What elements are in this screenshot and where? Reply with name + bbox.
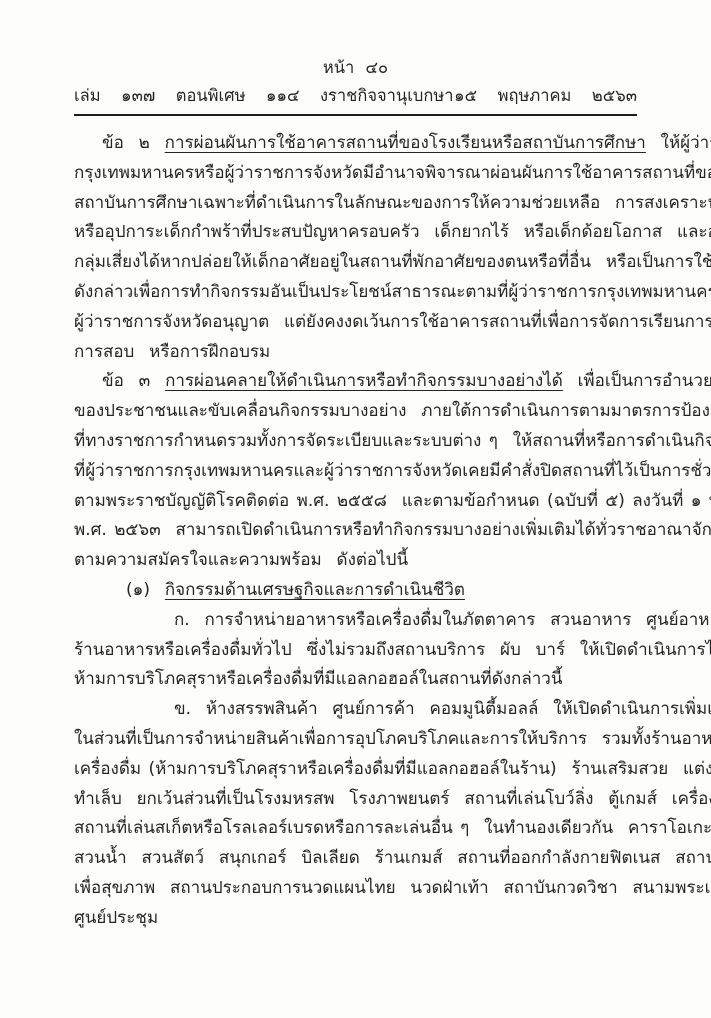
- sub-item-b-text: ข. ห้างสรรพสินค้า ศูนย์การค้า คอมมูนิตี้…: [174, 699, 711, 719]
- sub-item-b-line-8: ศูนย์ประชุม: [74, 904, 637, 934]
- clause-2-text: กลุ่มเสี่ยงได้หากปล่อยให้เด็กอาศัยอยู่ใน…: [74, 252, 711, 272]
- sub-item-b-text: เพื่อสุขภาพ สถานประกอบการนวดแผนไทย นวดฝ่…: [74, 878, 711, 898]
- clause-2-paragraph: ข้อ ๒ การผ่อนผันการใช้อาคารสถานที่ของโรง…: [74, 129, 637, 367]
- page-number-label: หน้า ๔๐: [74, 56, 637, 80]
- sub-item-b-text: สวนน้ำ สวนสัตว์ สนุกเกอร์ บิลเลียด ร้านเ…: [74, 848, 711, 868]
- clause-3-text: ตามพระราชบัญญัติโรคติดต่อ พ.ศ. ๒๕๕๘ และต…: [74, 491, 711, 511]
- clause-2-line-1: ข้อ ๒ การผ่อนผันการใช้อาคารสถานที่ของโรง…: [74, 129, 637, 159]
- clause-2-text: หรืออุปการะเด็กกำพร้าที่ประสบปัญหาครอบคร…: [74, 222, 711, 242]
- clause-2-line-3: สถาบันการศึกษาเฉพาะที่ดำเนินการในลักษณะข…: [74, 189, 637, 219]
- clause-3-underlined-heading: การผ่อนคลายให้ดำเนินการหรือทำกิจกรรมบางอ…: [165, 371, 563, 391]
- clause-3-text: ที่ผู้ว่าราชการกรุงเทพมหานครและผู้ว่าราช…: [74, 461, 711, 481]
- sub-item-a-text: ร้านอาหารหรือเครื่องดื่มทั่วไป ซึ่งไม่รว…: [74, 640, 711, 660]
- clause-3-text: เพื่อเป็นการอำนวยความสะดวก: [563, 371, 711, 391]
- page-header: หน้า ๔๐ เล่ม ๑๓๗ ตอนพิเศษ ๑๑๔ ง ราชกิจจา…: [0, 0, 711, 116]
- clause-2-text: สถาบันการศึกษาเฉพาะที่ดำเนินการในลักษณะข…: [74, 193, 711, 213]
- clause-2-line-2: กรุงเทพมหานครหรือผู้ว่าราชการจังหวัดมีอำ…: [74, 159, 637, 189]
- sub-item-a-paragraph: ก. การจำหน่ายอาหารหรือเครื่องดื่มในภัตตา…: [74, 606, 637, 695]
- item-1-text: (๑): [126, 580, 165, 600]
- clause-2-text: กรุงเทพมหานครหรือผู้ว่าราชการจังหวัดมีอำ…: [74, 163, 711, 183]
- sub-item-b-paragraph: ข. ห้างสรรพสินค้า ศูนย์การค้า คอมมูนิตี้…: [74, 695, 637, 933]
- item-1-paragraph: (๑) กิจกรรมด้านเศรษฐกิจและการดำเนินชีวิต: [74, 576, 637, 606]
- clause-2-line-4: หรืออุปการะเด็กกำพร้าที่ประสบปัญหาครอบคร…: [74, 218, 637, 248]
- clause-3-line-4: ที่ผู้ว่าราชการกรุงเทพมหานครและผู้ว่าราช…: [74, 457, 637, 487]
- sub-item-a-line-1: ก. การจำหน่ายอาหารหรือเครื่องดื่มในภัตตา…: [74, 606, 637, 636]
- clause-3-line-1: ข้อ ๓ การผ่อนคลายให้ดำเนินการหรือทำกิจกร…: [74, 367, 637, 397]
- clause-2-text: ให้ผู้ว่าราชการ: [646, 133, 711, 153]
- clause-3-paragraph: ข้อ ๓ การผ่อนคลายให้ดำเนินการหรือทำกิจกร…: [74, 367, 637, 576]
- clause-2-line-7: ผู้ว่าราชการจังหวัดอนุญาต แต่ยังคงงดเว้น…: [74, 308, 637, 338]
- clause-2-line-6: ดังกล่าวเพื่อการทำกิจกรรมอันเป็นประโยชน์…: [74, 278, 637, 308]
- clause-3-line-5: ตามพระราชบัญญัติโรคติดต่อ พ.ศ. ๒๕๕๘ และต…: [74, 487, 637, 517]
- clause-2-line-8: การสอบ หรือการฝึกอบรม: [74, 338, 637, 368]
- clause-2-text: ผู้ว่าราชการจังหวัดอนุญาต แต่ยังคงงดเว้น…: [74, 312, 711, 332]
- clause-3-line-2: ของประชาชนและขับเคลื่อนกิจกรรมบางอย่าง ภ…: [74, 397, 637, 427]
- gazette-page: หน้า ๔๐ เล่ม ๑๓๗ ตอนพิเศษ ๑๑๔ ง ราชกิจจา…: [0, 0, 711, 1018]
- clause-3-text: ของประชาชนและขับเคลื่อนกิจกรรมบางอย่าง ภ…: [74, 401, 711, 421]
- sub-item-b-line-1: ข. ห้างสรรพสินค้า ศูนย์การค้า คอมมูนิตี้…: [74, 695, 637, 725]
- sub-item-b-line-5: สถานที่เล่นสเก็ตหรือโรลเลอร์เบรดหรือการล…: [74, 814, 637, 844]
- sub-item-b-line-3: เครื่องดื่ม (ห้ามการบริโภคสุราหรือเครื่อ…: [74, 755, 637, 785]
- sub-item-b-text: ทำเล็บ ยกเว้นส่วนที่เป็นโรงมหรสพ โรงภาพย…: [74, 789, 711, 809]
- clause-3-line-7: ตามความสมัครใจและความพร้อม ดังต่อไปนี้: [74, 546, 637, 576]
- sub-item-b-line-4: ทำเล็บ ยกเว้นส่วนที่เป็นโรงมหรสพ โรงภาพย…: [74, 785, 637, 815]
- sub-item-b-line-7: เพื่อสุขภาพ สถานประกอบการนวดแผนไทย นวดฝ่…: [74, 874, 637, 904]
- sub-item-a-text: ก. การจำหน่ายอาหารหรือเครื่องดื่มในภัตตา…: [174, 610, 711, 630]
- item-1-underlined-heading: กิจกรรมด้านเศรษฐกิจและการดำเนินชีวิต: [165, 580, 465, 600]
- gazette-title: ราชกิจจานุเบกษา: [328, 83, 453, 109]
- clause-3-line-6: พ.ศ. ๒๕๖๓ สามารถเปิดดำเนินการหรือทำกิจกร…: [74, 516, 637, 546]
- volume-issue-label: เล่ม ๑๓๗ ตอนพิเศษ ๑๑๔ ง: [74, 83, 328, 109]
- issue-date: ๑๕ พฤษภาคม ๒๕๖๓: [453, 83, 637, 109]
- clause-3-text: ที่ทางราชการกำหนดรวมทั้งการจัดระเบียบและ…: [74, 431, 711, 451]
- sub-item-a-line-2: ร้านอาหารหรือเครื่องดื่มทั่วไป ซึ่งไม่รว…: [74, 636, 637, 666]
- sub-item-b-text: ในส่วนที่เป็นการจำหน่ายสินค้าเพื่อการอุป…: [74, 729, 711, 749]
- document-body: ข้อ ๒ การผ่อนผันการใช้อาคารสถานที่ของโรง…: [0, 116, 711, 934]
- clause-2-text: การสอบ หรือการฝึกอบรม: [74, 342, 270, 362]
- sub-item-b-text: ศูนย์ประชุม: [74, 908, 158, 928]
- sub-item-a-line-3: ห้ามการบริโภคสุราหรือเครื่องดื่มที่มีแอล…: [74, 665, 637, 695]
- item-1-line-1: (๑) กิจกรรมด้านเศรษฐกิจและการดำเนินชีวิต: [74, 576, 637, 606]
- sub-item-b-line-6: สวนน้ำ สวนสัตว์ สนุกเกอร์ บิลเลียด ร้านเ…: [74, 844, 637, 874]
- sub-item-a-text: ห้ามการบริโภคสุราหรือเครื่องดื่มที่มีแอล…: [74, 669, 562, 689]
- clause-3-line-3: ที่ทางราชการกำหนดรวมทั้งการจัดระเบียบและ…: [74, 427, 637, 457]
- sub-item-b-text: สถานที่เล่นสเก็ตหรือโรลเลอร์เบรดหรือการล…: [74, 818, 711, 838]
- clause-2-text: ดังกล่าวเพื่อการทำกิจกรรมอันเป็นประโยชน์…: [74, 282, 711, 302]
- sub-item-b-text: เครื่องดื่ม (ห้ามการบริโภคสุราหรือเครื่อ…: [74, 759, 711, 779]
- clause-3-text: ข้อ ๓: [102, 371, 165, 391]
- clause-3-text: ตามความสมัครใจและความพร้อม ดังต่อไปนี้: [74, 550, 408, 570]
- sub-item-b-line-2: ในส่วนที่เป็นการจำหน่ายสินค้าเพื่อการอุป…: [74, 725, 637, 755]
- clause-3-text: พ.ศ. ๒๕๖๓ สามารถเปิดดำเนินการหรือทำกิจกร…: [74, 520, 711, 540]
- header-row: เล่ม ๑๓๗ ตอนพิเศษ ๑๑๔ ง ราชกิจจานุเบกษา …: [74, 83, 637, 109]
- clause-2-underlined-heading: การผ่อนผันการใช้อาคารสถานที่ของโรงเรียนห…: [165, 133, 646, 153]
- clause-2-text: ข้อ ๒: [102, 133, 165, 153]
- clause-2-line-5: กลุ่มเสี่ยงได้หากปล่อยให้เด็กอาศัยอยู่ใน…: [74, 248, 637, 278]
